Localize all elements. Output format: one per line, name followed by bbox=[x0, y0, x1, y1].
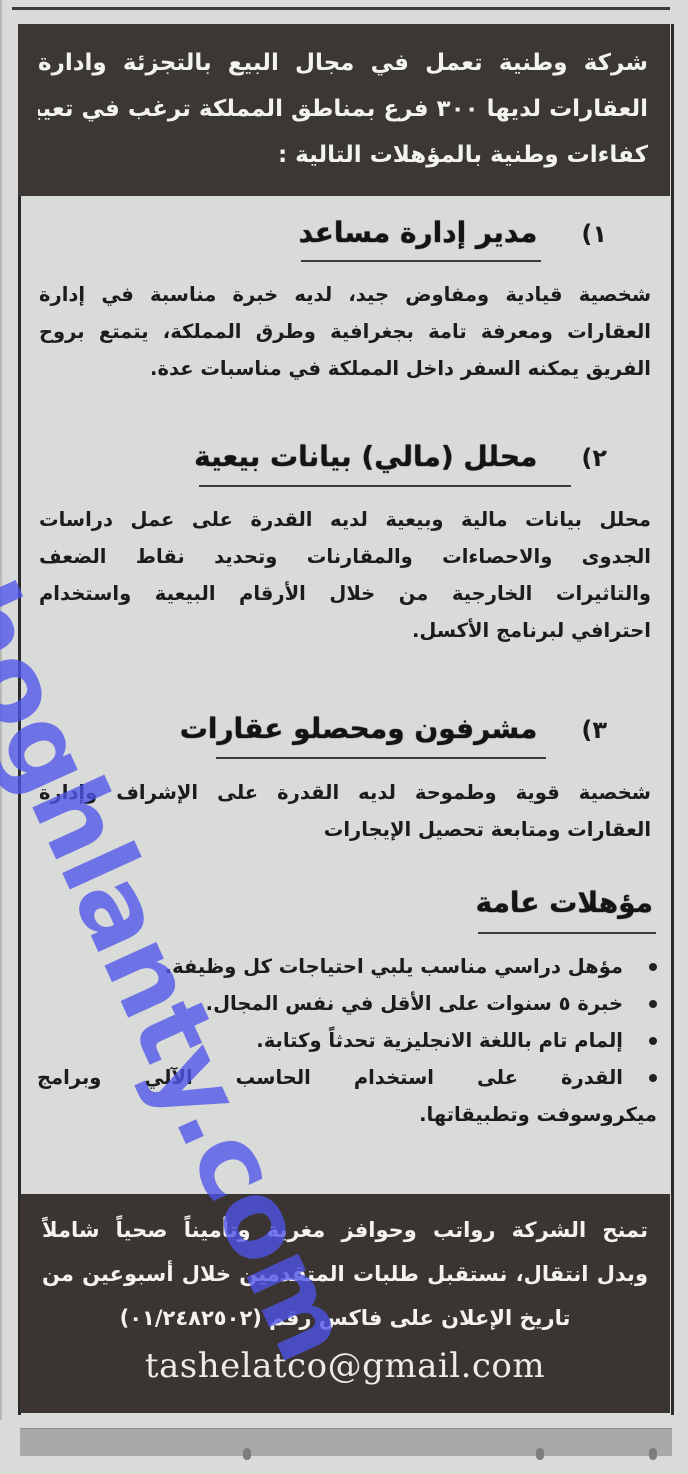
description-line: شخصية قيادية ومفاوض جيد، لديه خبرة مناسب… bbox=[39, 276, 651, 313]
qualification-text-continuation: ميكروسوفت وتطبيقاتها. bbox=[37, 1096, 657, 1133]
bullet-icon bbox=[649, 963, 657, 971]
job-title: محلل (مالي) بيانات بيعية bbox=[194, 440, 537, 473]
footer-line: تاريخ الإعلان على فاكس رقم (٠١/٢٤٨٢٥٠٢) bbox=[42, 1296, 648, 1340]
bullet-icon bbox=[649, 1074, 657, 1082]
qualification-text: خبرة ٥ سنوات على الأقل في نفس المجال. bbox=[37, 985, 623, 1022]
header-line: العقارات لديها ٣٠٠ فرع بمناطق المملكة تر… bbox=[38, 86, 648, 132]
general-qualifications-title: مؤهلات عامة bbox=[476, 886, 653, 919]
job-heading-1: ١) مدير إدارة مساعد bbox=[299, 216, 607, 249]
bullet-icon bbox=[649, 1037, 657, 1045]
job-description-2: محلل بيانات مالية وبيعية لديه القدرة على… bbox=[39, 501, 651, 649]
qualifications-list: مؤهل دراسي مناسب يلبي احتياجات كل وظيفة.… bbox=[37, 948, 657, 1133]
job-title: مشرفون ومحصلو عقارات bbox=[180, 712, 538, 745]
qualification-text-line: القدرة على استخدام الحاسب الآلي وبرامج bbox=[37, 1059, 623, 1096]
description-line: احترافي لبرنامج الأكسل. bbox=[39, 612, 651, 649]
decorative-dot bbox=[243, 1448, 251, 1460]
qualification-text: مؤهل دراسي مناسب يلبي احتياجات كل وظيفة. bbox=[37, 948, 623, 985]
qualification-item: القدرة على استخدام الحاسب الآلي وبرامج م… bbox=[37, 1059, 657, 1133]
page-edge-line bbox=[0, 0, 2, 1420]
description-line: العقارات ومتابعة تحصيل الإيجارات bbox=[39, 811, 651, 848]
job-heading-3: ٣) مشرفون ومحصلو عقارات bbox=[180, 712, 607, 745]
job-number: ٣) bbox=[581, 716, 607, 744]
decorative-dot bbox=[536, 1448, 544, 1460]
job-heading-2: ٢) محلل (مالي) بيانات بيعية bbox=[194, 440, 607, 473]
description-line: والتاثيرات الخارجية من خلال الأرقام البي… bbox=[39, 575, 651, 612]
qualification-text: القدرة على استخدام الحاسب الآلي وبرامج م… bbox=[37, 1059, 623, 1133]
job-title-underline bbox=[301, 260, 541, 262]
job-title-underline bbox=[199, 485, 571, 487]
qualification-item: مؤهل دراسي مناسب يلبي احتياجات كل وظيفة. bbox=[37, 948, 657, 985]
qualification-item: خبرة ٥ سنوات على الأقل في نفس المجال. bbox=[37, 985, 657, 1022]
general-qualifications-underline bbox=[478, 932, 656, 934]
qualification-item: إلمام تام باللغة الانجليزية تحدثاً وكتاب… bbox=[37, 1022, 657, 1059]
bottom-band bbox=[20, 1428, 672, 1456]
contact-email[interactable]: tashelatco@gmail.com bbox=[42, 1340, 648, 1392]
decorative-dot bbox=[649, 1448, 657, 1460]
job-number: ١) bbox=[581, 220, 607, 248]
header-line: شركة وطنية تعمل في مجال البيع بالتجزئة و… bbox=[38, 40, 648, 86]
job-title-underline bbox=[216, 757, 546, 759]
description-line: الفريق يمكنه السفر داخل المملكة في مناسب… bbox=[39, 350, 651, 387]
description-line: محلل بيانات مالية وبيعية لديه القدرة على… bbox=[39, 501, 651, 538]
bullet-icon bbox=[649, 1000, 657, 1008]
top-rule bbox=[12, 7, 670, 10]
ad-body: ١) مدير إدارة مساعد شخصية قيادية ومفاوض … bbox=[21, 196, 671, 1194]
ad-footer: تمنح الشركة رواتب وحوافز مغرية وتأميناً … bbox=[20, 1194, 670, 1413]
qualification-text: إلمام تام باللغة الانجليزية تحدثاً وكتاب… bbox=[37, 1022, 623, 1059]
footer-line: تمنح الشركة رواتب وحوافز مغرية وتأميناً … bbox=[42, 1208, 648, 1252]
job-number: ٢) bbox=[581, 444, 607, 472]
description-line: الجدوى والاحصاءات والمقارنات وتحديد نقاط… bbox=[39, 538, 651, 575]
description-line: شخصية قوية وطموحة لديه القدرة على الإشرا… bbox=[39, 774, 651, 811]
description-line: العقارات ومعرفة تامة بجغرافية وطرق الممل… bbox=[39, 313, 651, 350]
job-description-1: شخصية قيادية ومفاوض جيد، لديه خبرة مناسب… bbox=[39, 276, 651, 387]
header-line: كفاءات وطنية بالمؤهلات التالية : bbox=[38, 132, 648, 178]
job-title: مدير إدارة مساعد bbox=[299, 216, 538, 249]
job-description-3: شخصية قوية وطموحة لديه القدرة على الإشرا… bbox=[39, 774, 651, 848]
footer-line: وبدل انتقال، نستقبل طلبات المتقدمين خلال… bbox=[42, 1252, 648, 1296]
ad-header: شركة وطنية تعمل في مجال البيع بالتجزئة و… bbox=[18, 24, 670, 196]
